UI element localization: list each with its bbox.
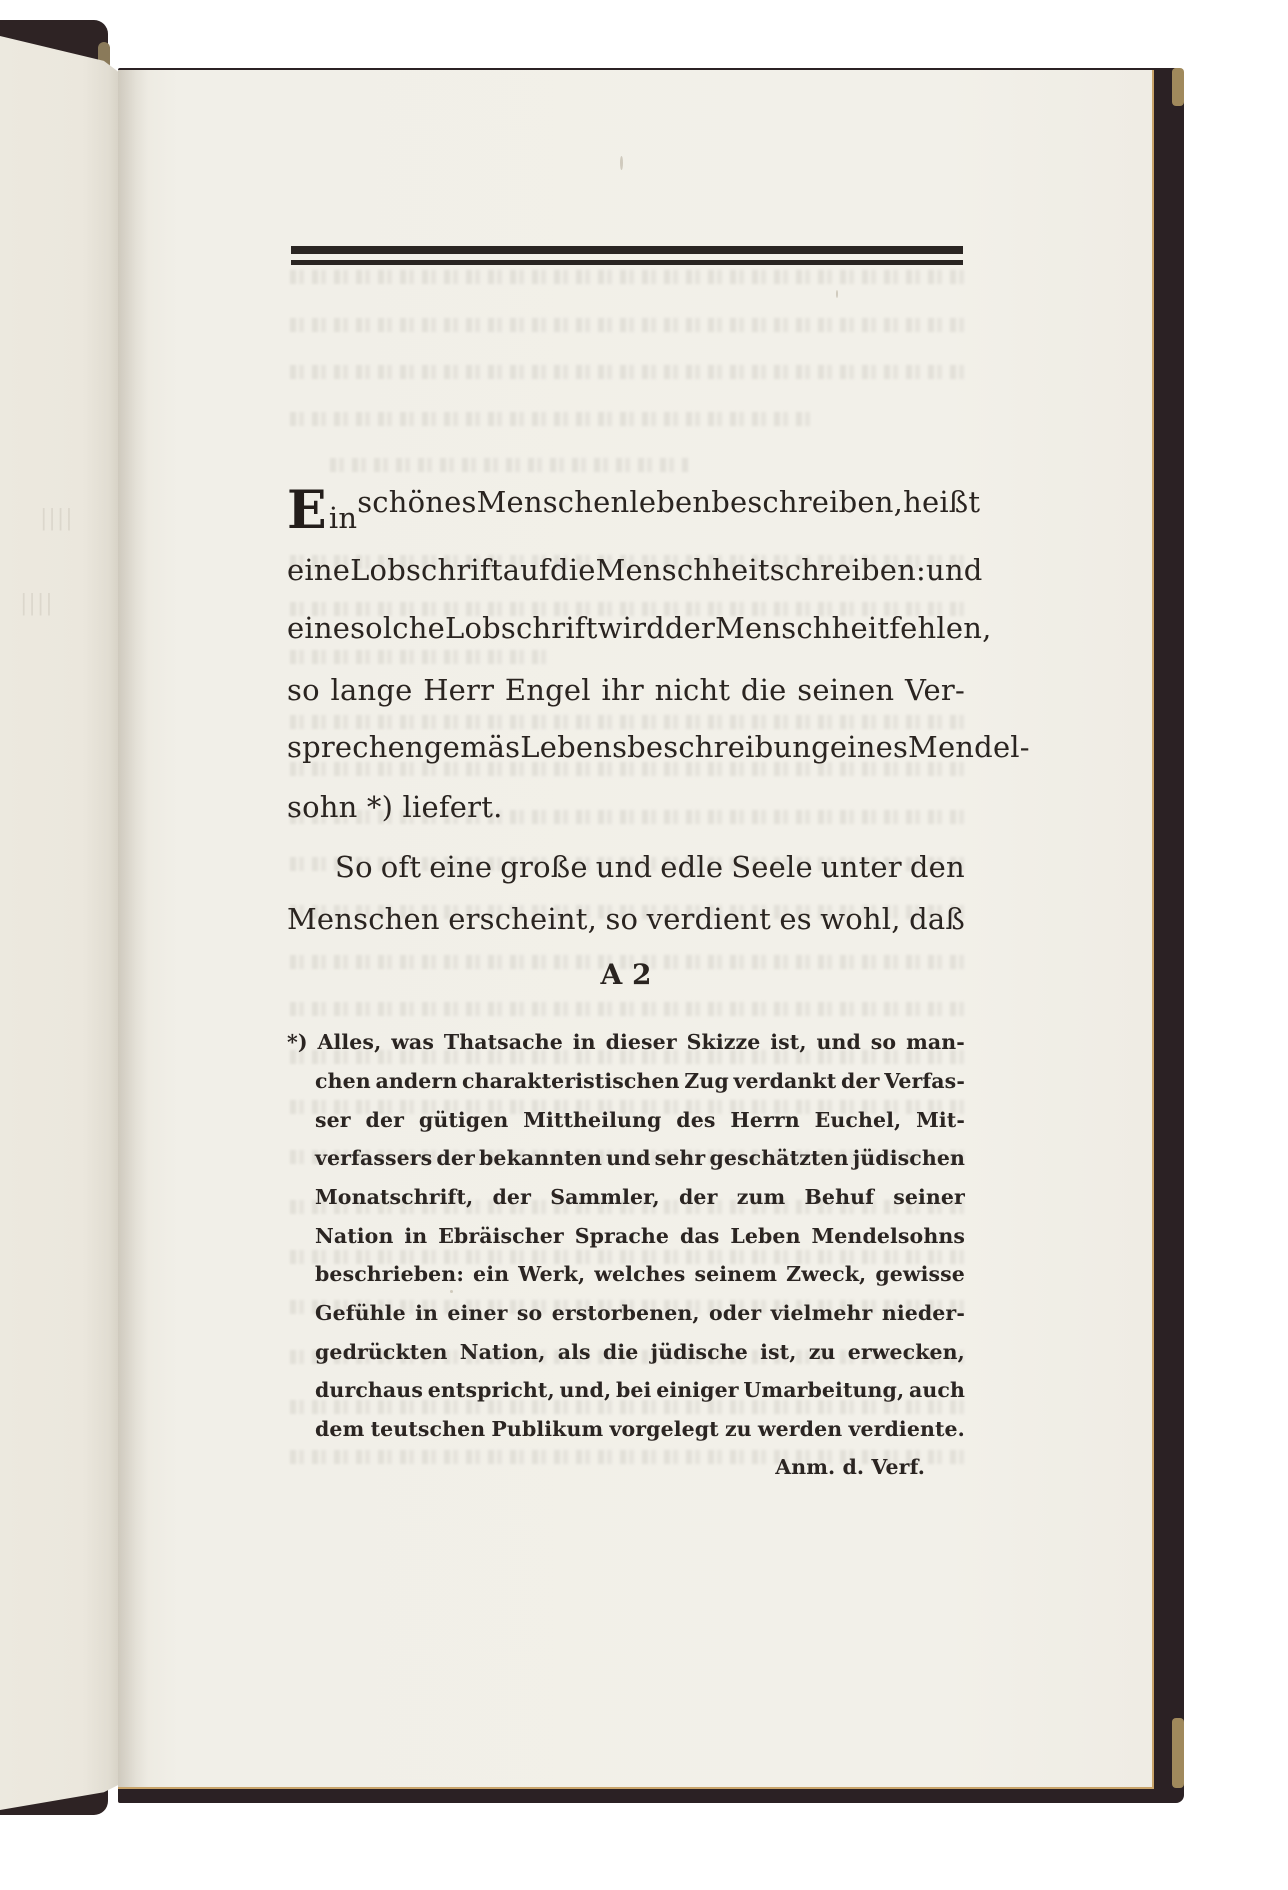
word: und bbox=[816, 1030, 860, 1054]
word: sehr bbox=[655, 1146, 706, 1170]
word: schönes bbox=[357, 485, 476, 537]
text-line: eineLobschriftaufdieMenschheitschreiben:… bbox=[287, 553, 965, 587]
word: Nation, bbox=[460, 1340, 546, 1364]
word: einiger bbox=[656, 1378, 738, 1402]
footnote-line: Monatschrift,derSammler,derzumBehufseine… bbox=[315, 1185, 965, 1209]
text-line-3: einesolcheLobschriftwirdderMenschheitfeh… bbox=[287, 611, 965, 645]
word: so bbox=[871, 1030, 896, 1054]
word: erscheint, bbox=[448, 902, 597, 936]
word: sprechen bbox=[287, 730, 424, 764]
word: Publikum bbox=[491, 1417, 603, 1441]
word: Nation bbox=[315, 1224, 393, 1248]
word: in bbox=[415, 1301, 438, 1325]
word: geschätzten bbox=[709, 1146, 848, 1170]
word: Thatsache bbox=[444, 1030, 563, 1054]
word: der bbox=[665, 611, 715, 645]
word: eines bbox=[830, 730, 908, 764]
word: vielmehr bbox=[771, 1301, 873, 1325]
word: einer bbox=[447, 1301, 507, 1325]
word: ist, bbox=[760, 1340, 796, 1364]
word: und, bbox=[560, 1378, 612, 1402]
text-line: sohn *) liefert. bbox=[287, 790, 503, 824]
word: so bbox=[605, 902, 638, 936]
word: Lobschrift bbox=[445, 611, 598, 645]
word: oder bbox=[709, 1301, 761, 1325]
word: zum bbox=[737, 1185, 786, 1209]
word: die bbox=[550, 553, 596, 587]
word: verdient bbox=[647, 902, 771, 936]
word: entspricht, bbox=[428, 1378, 555, 1402]
word: was bbox=[391, 1030, 434, 1054]
word: Skizze bbox=[687, 1030, 761, 1054]
word: ser bbox=[315, 1108, 351, 1132]
word: erwecken, bbox=[848, 1340, 965, 1364]
paper-speck bbox=[620, 156, 623, 170]
word: vorgelegt bbox=[609, 1417, 718, 1441]
word: und bbox=[926, 553, 983, 587]
word: der bbox=[679, 1185, 717, 1209]
word: Sammler, bbox=[550, 1185, 660, 1209]
word: seiner bbox=[893, 1185, 965, 1209]
word: Ver- bbox=[905, 673, 965, 707]
word: jüdische bbox=[651, 1340, 748, 1364]
word: gemäs bbox=[424, 730, 520, 764]
word: fehlen, bbox=[889, 611, 991, 645]
paper-speck bbox=[836, 290, 838, 298]
footnote-line: Gefühleineinersoerstorbenen,odervielmehr… bbox=[315, 1301, 965, 1325]
word: als bbox=[558, 1340, 591, 1364]
word: auch bbox=[909, 1378, 965, 1402]
word: Lobschrift bbox=[350, 553, 503, 587]
text-line-4: solangeHerrEngelihrnichtdieseinenVer- bbox=[287, 673, 965, 707]
word: *) bbox=[287, 1030, 308, 1054]
word: Sprache bbox=[575, 1224, 669, 1248]
word: heißt bbox=[903, 485, 980, 537]
word: Werk, bbox=[518, 1262, 585, 1286]
word: beschrieben: bbox=[315, 1262, 464, 1286]
text-line: sprechengemäsLebensbeschreibungeinesMend… bbox=[287, 730, 965, 764]
word: bekannten bbox=[479, 1146, 602, 1170]
word: Umarbeitung, bbox=[743, 1378, 904, 1402]
word: das bbox=[680, 1224, 719, 1248]
word: Behuf bbox=[805, 1185, 875, 1209]
word: Verfas- bbox=[884, 1069, 965, 1093]
bleed-through-text: |||| bbox=[20, 591, 54, 616]
word: dem bbox=[315, 1417, 364, 1441]
text-line: solangeHerrEngelihrnichtdieseinenVer- bbox=[287, 673, 965, 707]
word: große bbox=[500, 850, 587, 884]
word: lange bbox=[330, 673, 412, 707]
word: man- bbox=[906, 1030, 965, 1054]
word: der bbox=[841, 1069, 879, 1093]
word: erstorbenen, bbox=[552, 1301, 700, 1325]
word: Lebensbeschreibung bbox=[520, 730, 830, 764]
word: seinem bbox=[694, 1262, 777, 1286]
footnote-line: chenanderncharakteristischenZugverdanktd… bbox=[315, 1069, 965, 1093]
word: jüdischen bbox=[853, 1146, 965, 1170]
text-line-5: sprechengemäsLebensbeschreibungeinesMend… bbox=[287, 730, 965, 764]
word: Menschenleben bbox=[477, 485, 712, 537]
word: verfassers bbox=[315, 1146, 432, 1170]
text-line-2: eineLobschriftaufdieMenschheitschreiben:… bbox=[287, 553, 965, 587]
word: die bbox=[741, 673, 787, 707]
head-rule-thin bbox=[291, 260, 963, 265]
word: Herrn bbox=[730, 1108, 799, 1132]
word: der bbox=[366, 1108, 404, 1132]
word: und bbox=[596, 850, 653, 884]
bleed-through-text: |||| bbox=[40, 506, 74, 531]
footnote-line: *)Alles,wasThatsacheindieserSkizzeist,un… bbox=[287, 1030, 965, 1054]
word: solche bbox=[350, 611, 445, 645]
word: Seele bbox=[731, 850, 813, 884]
footnote-attribution: Anm. d. Verf. bbox=[315, 1455, 965, 1479]
word: welches bbox=[594, 1262, 685, 1286]
word: der bbox=[493, 1185, 531, 1209]
word: gütigen bbox=[419, 1108, 508, 1132]
word: gewisse bbox=[875, 1262, 965, 1286]
word: eine bbox=[287, 611, 350, 645]
word: oft bbox=[381, 850, 421, 884]
word: so bbox=[517, 1301, 542, 1325]
word: es bbox=[779, 902, 811, 936]
word: schreiben: bbox=[770, 553, 926, 587]
footnote-line: serdergütigenMittheilungdesHerrnEuchel,M… bbox=[315, 1108, 965, 1132]
text-line-8: Menschenerscheint,soverdienteswohl,daß bbox=[287, 902, 965, 936]
word: daß bbox=[909, 902, 965, 936]
word: verdiente. bbox=[848, 1417, 964, 1441]
word: Zweck, bbox=[786, 1262, 866, 1286]
word: der bbox=[436, 1146, 474, 1170]
word: den bbox=[910, 850, 965, 884]
text-line-6: sohn *) liefert. bbox=[287, 790, 965, 824]
worn-corner bbox=[1172, 68, 1184, 106]
footnote-line: beschrieben:einWerk,welchesseinemZweck,g… bbox=[315, 1262, 965, 1286]
paper-speck bbox=[450, 1290, 453, 1293]
word: Monatschrift, bbox=[315, 1185, 473, 1209]
text-line: EinschönesMenschenlebenbeschreiben,heißt bbox=[287, 485, 965, 537]
word: unter bbox=[821, 850, 902, 884]
word: die bbox=[603, 1340, 638, 1364]
word: Menschheit bbox=[596, 553, 770, 587]
word: so bbox=[287, 673, 320, 707]
word: bei bbox=[616, 1378, 651, 1402]
word: eine bbox=[287, 553, 350, 587]
word: Engel bbox=[505, 673, 591, 707]
word: und bbox=[606, 1146, 650, 1170]
word: Leben bbox=[730, 1224, 800, 1248]
word: Mit- bbox=[916, 1108, 965, 1132]
drop-initial: E bbox=[287, 480, 327, 541]
word: teutschen bbox=[371, 1417, 486, 1441]
word: dieser bbox=[606, 1030, 677, 1054]
gutter-shadow bbox=[118, 70, 148, 1787]
word: verdankt bbox=[734, 1069, 837, 1093]
left-page: |||| |||| bbox=[0, 36, 118, 1810]
footnote-line: gedrücktenNation,alsdiejüdischeist,zuerw… bbox=[315, 1340, 965, 1364]
word: zu bbox=[725, 1417, 752, 1441]
word: ist, bbox=[770, 1030, 806, 1054]
word: chen bbox=[315, 1069, 371, 1093]
word: Mendel- bbox=[908, 730, 1030, 764]
worn-corner bbox=[1172, 1718, 1184, 1788]
word: Euchel, bbox=[815, 1108, 902, 1132]
word: So bbox=[335, 850, 373, 884]
footnote-line: NationinEbräischerSprachedasLebenMendels… bbox=[315, 1224, 965, 1248]
text-line: SoofteinegroßeundedleSeeleunterden bbox=[335, 850, 965, 884]
text-line: Menschenerscheint,soverdienteswohl,daß bbox=[287, 902, 965, 936]
word: Alles, bbox=[318, 1030, 382, 1054]
word: andern bbox=[375, 1069, 457, 1093]
word: des bbox=[676, 1108, 715, 1132]
word: Herr bbox=[423, 673, 494, 707]
word: seinen bbox=[797, 673, 894, 707]
word: Menschen bbox=[287, 902, 440, 936]
word: wohl, bbox=[820, 902, 900, 936]
word: charakteristischen bbox=[462, 1069, 680, 1093]
word: wird bbox=[598, 611, 665, 645]
word: nicht bbox=[655, 673, 731, 707]
word: zu bbox=[809, 1340, 836, 1364]
word: werden bbox=[758, 1417, 842, 1441]
word: gedrückten bbox=[315, 1340, 448, 1364]
word: Ein bbox=[287, 485, 357, 537]
word: in bbox=[573, 1030, 596, 1054]
word: Zug bbox=[684, 1069, 729, 1093]
word: in bbox=[404, 1224, 427, 1248]
word: ihr bbox=[602, 673, 644, 707]
word: nieder- bbox=[882, 1301, 965, 1325]
footnote-line: demteutschenPublikumvorgelegtzuwerdenver… bbox=[315, 1417, 965, 1441]
text-line-7: SoofteinegroßeundedleSeeleunterden bbox=[287, 850, 965, 884]
word: Gefühle bbox=[315, 1301, 406, 1325]
head-rule-thick bbox=[291, 246, 963, 254]
word: Mittheilung bbox=[523, 1108, 661, 1132]
word: durchaus bbox=[315, 1378, 423, 1402]
word: Mendelsohns bbox=[812, 1224, 965, 1248]
word: auf bbox=[503, 553, 550, 587]
footnote-line: durchausentspricht,und,beieinigerUmarbei… bbox=[315, 1378, 965, 1402]
signature-mark: A 2 bbox=[287, 958, 965, 991]
text-line: einesolcheLobschriftwirdderMenschheitfeh… bbox=[287, 611, 965, 645]
word: beschreiben, bbox=[711, 485, 903, 537]
word: ein bbox=[473, 1262, 509, 1286]
word: Menschheit bbox=[715, 611, 889, 645]
word: Ebräischer bbox=[438, 1224, 564, 1248]
word: eine bbox=[429, 850, 492, 884]
text-line-1: EinschönesMenschenlebenbeschreiben,heißt bbox=[287, 485, 965, 537]
word: edle bbox=[660, 850, 723, 884]
footnote-line: verfassersderbekanntenundsehrgeschätzten… bbox=[315, 1146, 965, 1170]
